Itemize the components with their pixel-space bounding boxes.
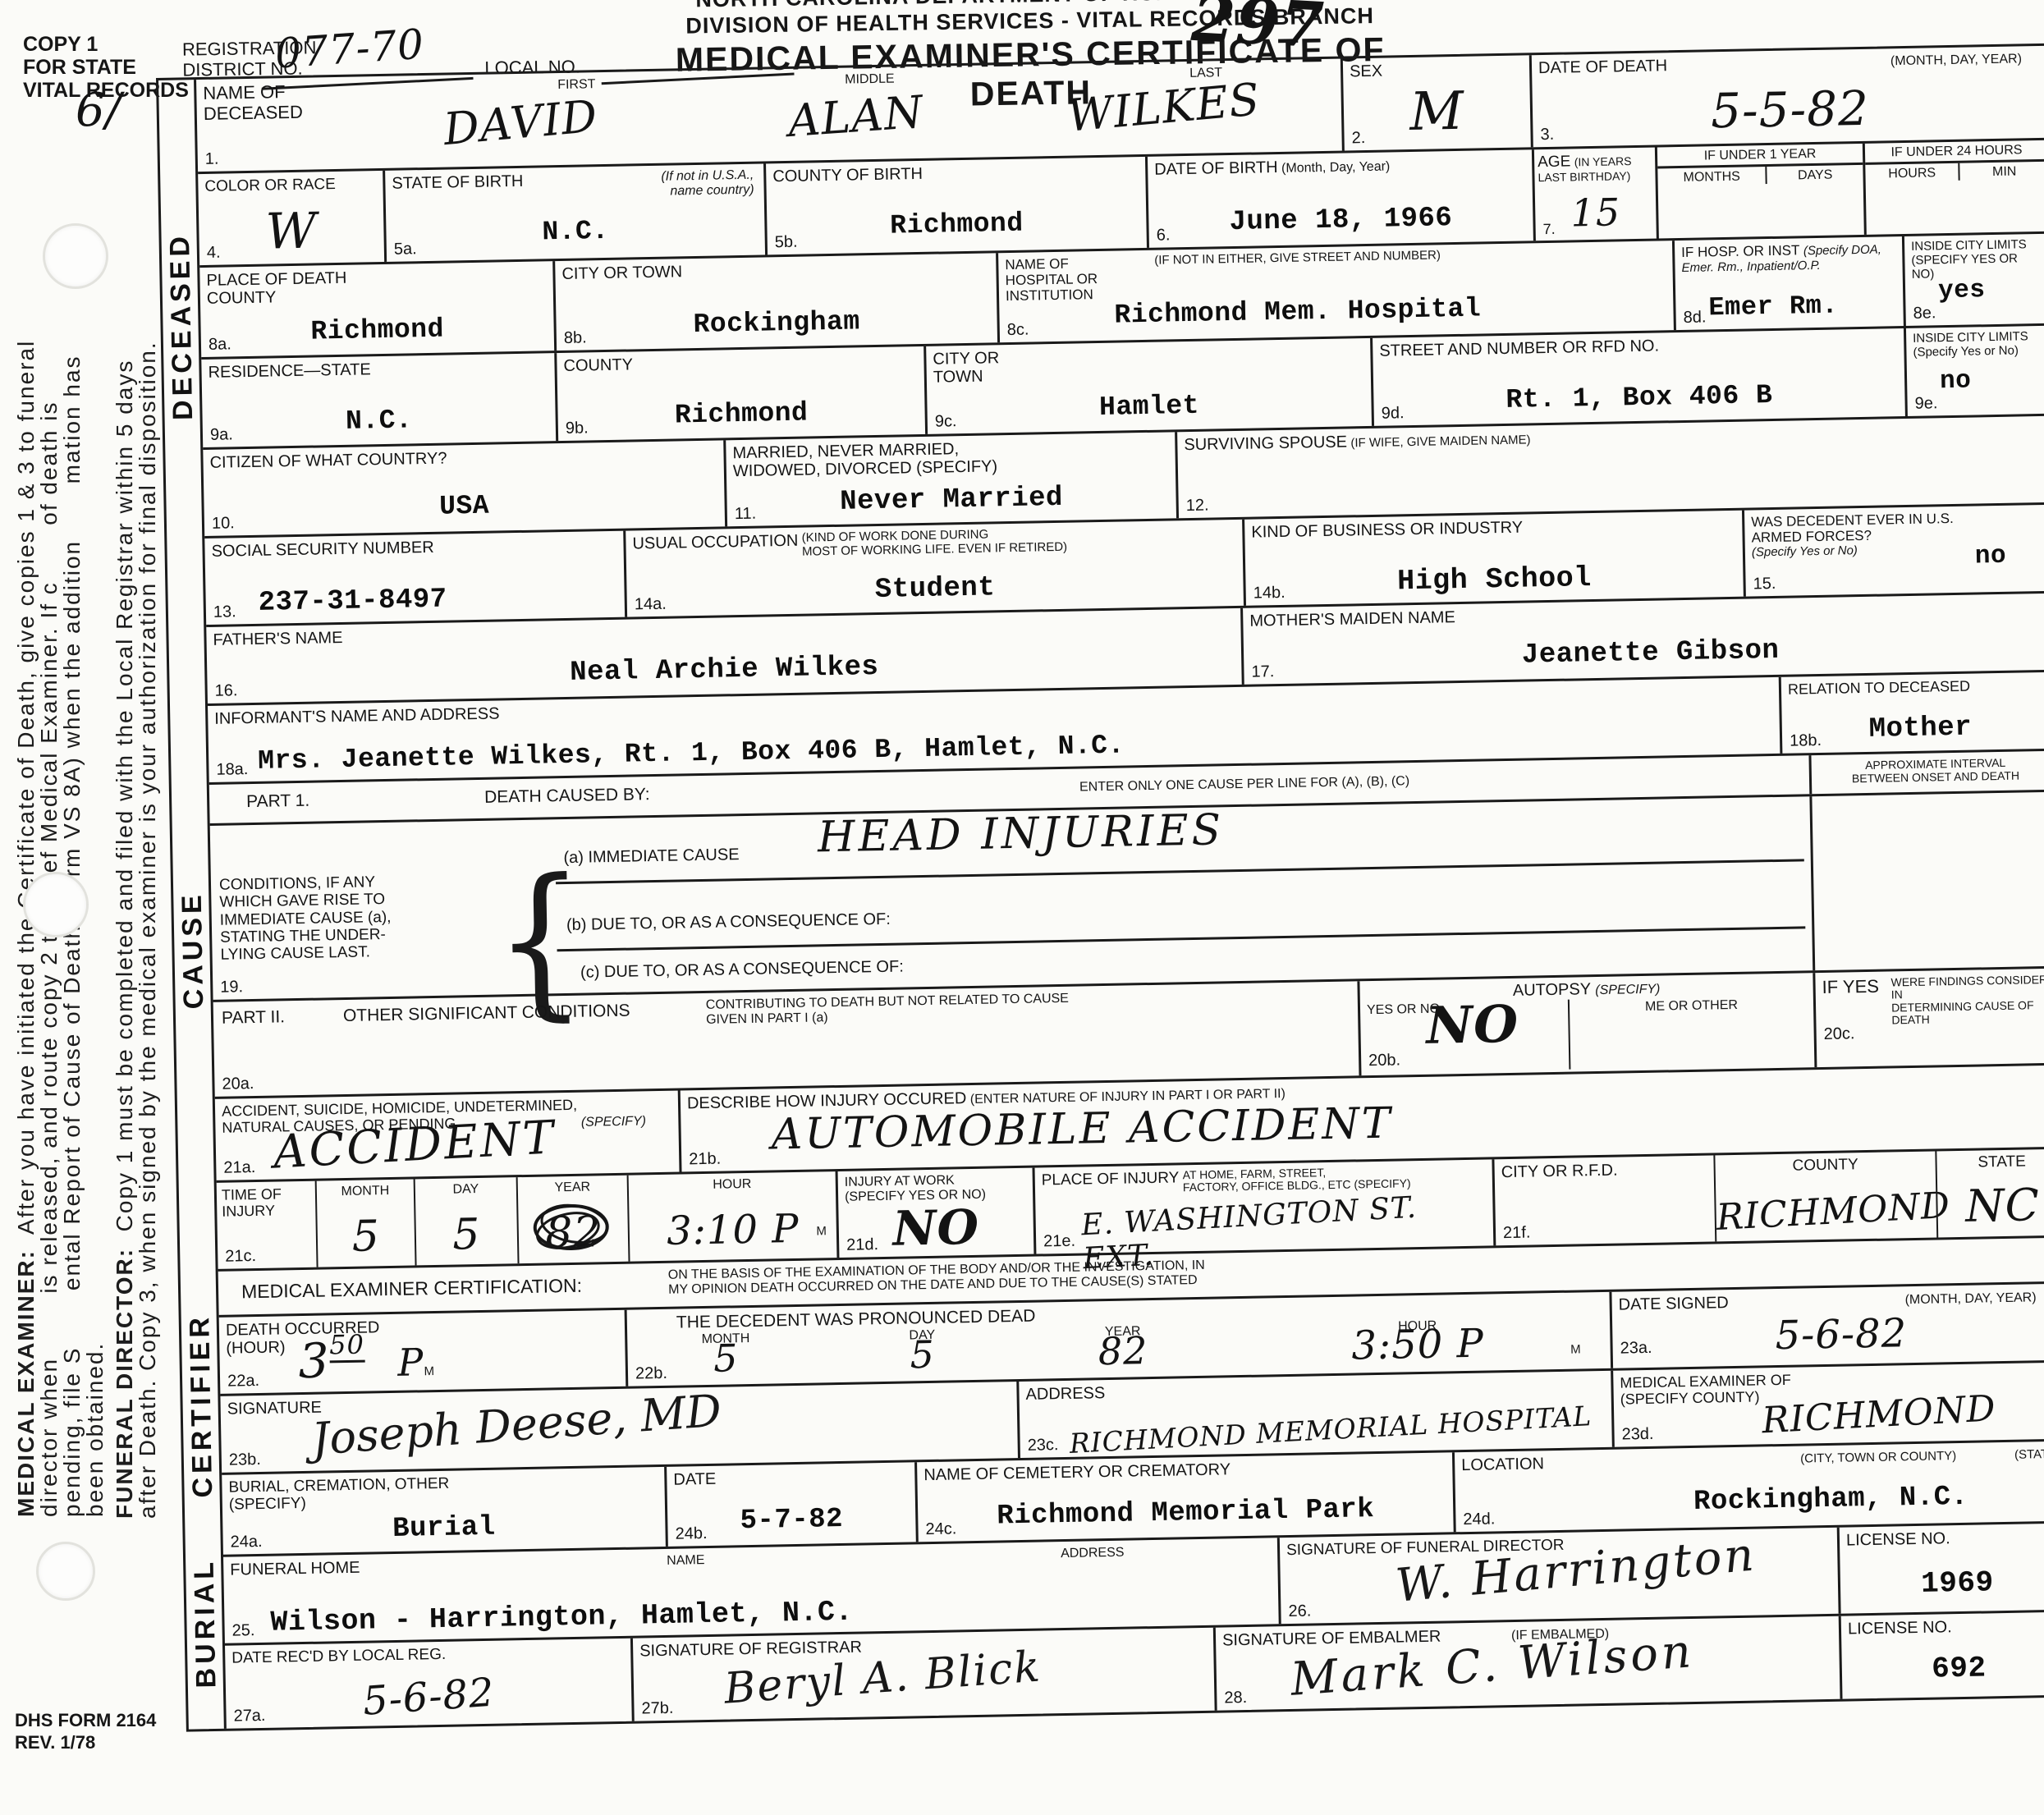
county-label: COUNTY: [1721, 1156, 1928, 1177]
field-number: 8d.: [1683, 308, 1706, 328]
group-label: IF UNDER 24 HOURS: [1865, 140, 2044, 165]
death-occurred-value: 350PM: [298, 1327, 434, 1389]
autopsy-yes-no: YES OR NO NO 20b.: [1360, 1000, 1570, 1074]
field-death-occurred-hour: DEATH OCCURRED (HOUR) 350PM 22a.: [219, 1310, 626, 1394]
field-state-of-birth: STATE OF BIRTH (If not in U.S.A., name c…: [383, 163, 765, 261]
occurred-m-label: M: [424, 1364, 434, 1378]
punch-hole: [43, 223, 108, 289]
field-ssn: SOCIAL SECURITY NUMBER 237-31-8497 13.: [204, 531, 625, 625]
interval-label: APPROXIMATE INTERVAL BETWEEN ONSET AND D…: [1818, 755, 2044, 786]
interval-column-body: [1809, 792, 2044, 971]
field-number: 5a.: [394, 240, 417, 259]
embalmer-license-value: 692: [1842, 1649, 2044, 1687]
field-citizen: CITIZEN OF WHAT COUNTRY? USA 10.: [203, 440, 725, 536]
pronounced-hour: HOUR 3:50 P M: [1225, 1316, 1611, 1375]
due-to-b-label: (b) DUE TO, OR AS A CONSEQUENCE OF:: [566, 910, 891, 935]
mother-maiden-name-value: Jeanette Gibson: [1244, 630, 2044, 676]
field-injury-state: STATE NC: [1935, 1149, 2044, 1238]
section-burial: BURIAL: [189, 1558, 223, 1689]
due-to-c-label: (c) DUE TO, OR AS A CONSEQUENCE OF:: [580, 957, 904, 982]
residence-county-value: Richmond: [557, 396, 925, 433]
field-marital-status: MARRIED, NEVER MARRIED, WIDOWED, DIVORCE…: [723, 432, 1176, 526]
field-sublabel: (Month, Day, Year): [1281, 159, 1391, 175]
field-number: 14a.: [635, 595, 667, 615]
field-residence-county: COUNTY Richmond 9b.: [554, 346, 925, 441]
field-label: NAME OF HOSPITAL OR INSTITUTION: [1005, 255, 1098, 304]
one-cause-note: ENTER ONLY ONE CAUSE PER LINE FOR (A), (…: [1079, 774, 1409, 795]
field-hospital: NAME OF HOSPITAL OR INSTITUTION (IF NOT …: [996, 241, 1674, 342]
field-label: STATE OF BIRTH: [392, 172, 523, 193]
cemetery-value: Richmond Memorial Park: [918, 1492, 1454, 1533]
injury-day: DAY 5: [414, 1177, 518, 1265]
field-number: 20c.: [1823, 1024, 1854, 1044]
field-label: DATE OF BIRTH: [1154, 158, 1278, 179]
residence-city-value: Hamlet: [927, 387, 1372, 426]
field-sublabel: (SPECIFY): [581, 1114, 646, 1129]
citizen-value: USA: [204, 486, 725, 526]
injury-month-value: 5: [317, 1211, 415, 1262]
immediate-cause-label: (a) IMMEDIATE CAUSE: [563, 846, 739, 867]
field-label: PLACE OF INJURY: [1042, 1169, 1180, 1189]
field-burial-date: DATE 5-7-82 24b.: [664, 1462, 916, 1547]
race-value: W: [199, 201, 384, 262]
residence-state-value: N.C.: [202, 402, 556, 439]
occurred-hour-main: 3: [298, 1332, 330, 1389]
field-number: 24d.: [1463, 1510, 1495, 1529]
field-number: 24c.: [925, 1519, 956, 1539]
year-label: YEAR: [525, 1180, 621, 1196]
date-received-value: 5-6-82: [225, 1660, 633, 1735]
field-number: 21d.: [846, 1235, 878, 1255]
certification-label: MEDICAL EXAMINER CERTIFICATION:: [241, 1275, 582, 1304]
pronounced-year-value: 82: [1020, 1327, 1226, 1375]
fd-instruction-title: FUNERAL DIRECTOR:: [112, 1248, 137, 1519]
medical-examiner-instructions: MEDICAL EXAMINER: After you have initiat…: [15, 85, 107, 1517]
burial-type-value: Burial: [222, 1509, 666, 1548]
field-label: LICENSE NO.: [1846, 1528, 2044, 1550]
field-embalmer-signature: SIGNATURE OF EMBALMER (IF EMBALMED) Mark…: [1213, 1616, 1840, 1711]
field-medical-examiner-of: MEDICAL EXAMINER OF (SPECIFY COUNTY) RIC…: [1611, 1363, 2044, 1447]
field-number: 14b.: [1253, 584, 1286, 603]
field-sublabel: (MONTH, DAY, YEAR): [1890, 52, 2022, 69]
injury-state-value: NC: [1937, 1179, 2044, 1233]
field-number: 1.: [205, 150, 219, 169]
field-number: 12.: [1186, 497, 1209, 516]
field-number: 6.: [1157, 226, 1171, 245]
field-label: STREET AND NUMBER OR RFD NO.: [1379, 332, 1897, 360]
field-number: 23d.: [1621, 1425, 1653, 1445]
field-funeral-director-signature: SIGNATURE OF FUNERAL DIRECTOR W. Harring…: [1277, 1528, 1839, 1624]
punch-hole: [23, 872, 89, 937]
field-label: ADDRESS: [1025, 1375, 1604, 1404]
inside-city-limits-residence-value: no: [1940, 365, 2044, 396]
field-number: 23b.: [229, 1451, 261, 1470]
field-armed-forces: WAS DECEDENT EVER IN U.S. ARMED FORCES? …: [1742, 505, 2044, 597]
immediate-cause-value: HEAD INJURIES: [818, 805, 1225, 862]
field-sex: SEX M 2.: [1341, 55, 1531, 150]
field-number: 27b.: [641, 1699, 673, 1719]
min-label: MIN: [1959, 162, 2044, 181]
death-caused-by-label: DEATH CAUSED BY:: [484, 785, 650, 808]
field-manner-of-death: ACCIDENT, SUICIDE, HOMICIDE, UNDETERMINE…: [215, 1091, 680, 1180]
field-number: 10.: [212, 514, 235, 534]
injury-hour-value: 3:10 P: [629, 1205, 836, 1255]
occurred-hour-sup: 50: [329, 1329, 364, 1364]
field-number: 9d.: [1382, 404, 1405, 424]
section-certifier: CERTIFIER: [184, 1313, 219, 1498]
pronounced-day: DAY 5: [823, 1327, 1021, 1382]
field-registrar-signature: SIGNATURE OF REGISTRAR Beryl A. Blick 27…: [630, 1628, 1215, 1721]
field-place-of-death-county: PLACE OF DEATH COUNTY Richmond 8a.: [199, 261, 554, 357]
industry-value: High School: [1245, 559, 1744, 601]
field-label: CITIZEN OF WHAT COUNTRY?: [209, 445, 717, 473]
field-number: 9c.: [935, 412, 957, 431]
field-number: 5b.: [775, 233, 798, 253]
form-number: DHS FORM 2164 REV. 1/78: [15, 1709, 156, 1753]
field-number: 9e.: [1914, 394, 1937, 414]
field-number: 23c.: [1028, 1436, 1059, 1455]
field-label: KIND OF BUSINESS OR INDUSTRY: [1251, 515, 1735, 542]
field-number: 15.: [1753, 575, 1776, 594]
months-label: MONTHS: [1657, 167, 1766, 186]
field-number: 2.: [1351, 129, 1365, 148]
field-label: CITY OR R.F.D.: [1501, 1160, 1707, 1182]
hour-m-label: M: [1570, 1342, 1581, 1356]
death-certificate-form: DECEASED CAUSE CERTIFIER BURIAL NAME OF …: [156, 44, 2044, 1732]
field-if-under-24-hours: IF UNDER 24 HOURS HOURS MIN: [1863, 140, 2044, 235]
year-scribble: [529, 1197, 612, 1258]
county-of-birth-value: Richmond: [767, 206, 1147, 243]
pod-city-value: Rockingham: [556, 304, 997, 342]
field-number: 20b.: [1368, 1051, 1400, 1070]
field-mother-maiden-name: MOTHER'S MAIDEN NAME Jeanette Gibson 17.: [1240, 594, 2044, 685]
interval-column-header: APPROXIMATE INTERVAL BETWEEN ONSET AND D…: [1808, 751, 2044, 795]
field-label: NAME OF CEMETERY OR CREMATORY: [923, 1456, 1446, 1484]
field-relation: RELATION TO DECEASED Mother 18b.: [1779, 672, 2044, 754]
field-number: 9b.: [566, 419, 589, 438]
field-sublabel: (If not in U.S.A., name country): [661, 168, 754, 199]
field-inside-city-limits-death: INSIDE CITY LIMITS (SPECIFY YES OR NO) y…: [1902, 234, 2044, 326]
injury-hour: HOUR 3:10 P M: [627, 1171, 837, 1262]
field-burial-location: LOCATION (CITY, TOWN OR COUNTY) (STATE) …: [1452, 1441, 2044, 1533]
field-usual-occupation: USUAL OCCUPATION (KIND OF WORK DONE DURI…: [623, 520, 1244, 617]
month-label: MONTH: [323, 1184, 407, 1199]
if-yes-sublabel: WERE FINDINGS CONSIDERED IN DETERMINING …: [1890, 974, 2044, 1027]
field-age: AGE (IN YEARS LAST BIRTHDAY) 15 7.: [1532, 148, 1657, 241]
field-label: RESIDENCE—STATE: [208, 357, 548, 382]
field-label: INSIDE CITY LIMITS (Specify Yes or No): [1913, 330, 2044, 360]
form-number-text: DHS FORM 2164 REV. 1/78: [15, 1710, 156, 1753]
how-injury-value: AUTOMOBILE ACCIDENT: [771, 1099, 1393, 1160]
field-pod-city-or-town: CITY OR TOWN Rockingham 8b.: [552, 253, 997, 351]
middle-label: MIDDLE: [845, 72, 895, 88]
field-industry: KIND OF BUSINESS OR INDUSTRY High School…: [1242, 511, 1744, 606]
field-license-embalmer: LICENSE NO. 692: [1839, 1611, 2044, 1698]
pronounced-day-value: 5: [824, 1331, 1021, 1378]
armed-forces-value: no: [1975, 542, 2007, 571]
field-label: SURVIVING SPOUSE: [1184, 433, 1347, 454]
autopsy-value: NO: [1426, 994, 1519, 1056]
field-street-number: STREET AND NUMBER OR RFD NO. Rt. 1, Box …: [1370, 328, 1905, 426]
field-label: USUAL OCCUPATION: [632, 532, 798, 553]
field-number: 19.: [220, 978, 243, 997]
field-number: 18b.: [1790, 731, 1822, 751]
field-number: 4.: [207, 244, 221, 263]
pronounced-year: YEAR 82: [1020, 1322, 1226, 1378]
me-or-other-label: ME OR OTHER: [1570, 995, 1813, 1015]
part1-label: PART 1.: [246, 791, 309, 812]
field-number: 21a.: [223, 1158, 255, 1178]
injury-month: MONTH 5: [315, 1179, 415, 1267]
field-number: 21f.: [1503, 1224, 1531, 1244]
date-of-birth-value: June 18, 1966: [1148, 201, 1533, 240]
field-number: 8e.: [1913, 304, 1936, 323]
field-label: CITY OR TOWN: [933, 342, 1364, 387]
field-number: 28.: [1224, 1689, 1247, 1708]
field-color-or-race: COLOR OR RACE W 4.: [198, 171, 384, 265]
field-number: 11.: [735, 505, 757, 524]
field-number: 13.: [213, 603, 236, 622]
ssn-value: 237-31-8497: [258, 584, 447, 619]
field-label: CITY OR TOWN: [561, 257, 989, 283]
field-number: 7.: [1542, 221, 1555, 238]
funeral-director-instructions: FUNERAL DIRECTOR: Copy 1 must be complet…: [113, 86, 159, 1519]
field-number: 16.: [214, 681, 237, 701]
burial-location-value: Rockingham, N.C.: [1693, 1482, 1968, 1518]
field-label: RELATION TO DECEASED: [1788, 676, 2044, 698]
fh-address-label: ADDRESS: [1061, 1546, 1125, 1561]
day-label: DAY: [422, 1181, 510, 1198]
field-date-of-death: DATE OF DEATH (MONTH, DAY, YEAR) 5-5-82 …: [1529, 46, 2044, 148]
autopsy-me-or-other: ME OR OTHER: [1568, 995, 1815, 1069]
field-license-fd: LICENSE NO. 1969: [1837, 1523, 2044, 1613]
field-label: SEX: [1350, 59, 1523, 80]
field-injury-county: COUNTY RICHMOND: [1713, 1152, 1936, 1242]
field-number: 23a.: [1620, 1339, 1652, 1359]
line-a-underline: [556, 859, 1804, 884]
funeral-home-value: Wilson - Harrington, Hamlet, N.C.: [270, 1596, 853, 1639]
field-label: COLOR OR RACE: [204, 175, 376, 195]
field-surviving-spouse: SURVIVING SPOUSE (IF WIFE, GIVE MAIDEN N…: [1175, 416, 2044, 519]
state-label: STATE: [1943, 1153, 2044, 1172]
field-number: 24a.: [230, 1533, 262, 1552]
fd-license-value: 1969: [1840, 1564, 2044, 1602]
sex-value: M: [1343, 80, 1530, 144]
field-city-or-rfd: CITY OR R.F.D. 21f.: [1492, 1155, 1715, 1245]
conditions-note: CONDITIONS, IF ANY WHICH GAVE RISE TO IM…: [219, 873, 392, 964]
field-if-yes-findings: IF YES WERE FINDINGS CONSIDERED IN DETER…: [1813, 969, 2044, 1068]
punch-hole: [36, 1542, 95, 1601]
field-date-signed: DATE SIGNED (MONTH, DAY, YEAR) 5-6-82 23…: [1609, 1284, 2044, 1368]
field-label: TIME OF INJURY: [222, 1185, 311, 1220]
form-content: NAME OF DECEASED FIRST MIDDLE LAST DAVID…: [196, 46, 2044, 1729]
field-label: SOCIAL SECURITY NUMBER: [211, 535, 616, 561]
occurred-ampm: P: [397, 1340, 424, 1385]
field-place-of-injury: PLACE OF INJURY AT HOME, FARM, STREET, F…: [1033, 1159, 1494, 1254]
occupation-value: Student: [626, 568, 1244, 611]
field-cemetery: NAME OF CEMETERY OR CREMATORY Richmond M…: [914, 1452, 1454, 1542]
field-number: 3.: [1540, 126, 1554, 144]
name-middle-value: ALAN: [786, 86, 925, 148]
field-number: 21b.: [689, 1150, 721, 1170]
row-cause-body: CONDITIONS, IF ANY WHICH GAVE RISE TO IM…: [210, 790, 2044, 1000]
cause-lines: CONDITIONS, IF ANY WHICH GAVE RISE TO IM…: [210, 796, 1813, 1000]
field-label: DATE OF DEATH: [1538, 57, 1667, 77]
injury-year: YEAR 82: [516, 1176, 629, 1263]
part2-label: PART II.: [222, 1007, 285, 1028]
field-residence-state: RESIDENCE—STATE N.C. 9a.: [201, 353, 556, 447]
injury-county-value: RICHMOND: [1715, 1185, 1936, 1239]
field-label: LICENSE NO.: [1848, 1616, 2044, 1639]
injury-day-value: 5: [415, 1209, 517, 1260]
field-label: DATE SIGNED: [1618, 1294, 1728, 1313]
field-number: 21c.: [225, 1247, 256, 1267]
autopsy-label: AUTOPSY: [1513, 980, 1591, 1000]
registration-district-value: 077-70: [273, 21, 425, 78]
field-label: DATE: [673, 1466, 908, 1489]
field-autopsy: AUTOPSY (SPECIFY) YES OR NO NO 20b. ME O…: [1357, 973, 1814, 1075]
field-certifier-signature: SIGNATURE Joseph Deese, MD 23b.: [220, 1382, 1018, 1473]
field-sublabel: (IF WIFE, GIVE MAIDEN NAME): [1350, 433, 1530, 450]
field-date-of-birth: DATE OF BIRTH (Month, Day, Year) June 18…: [1145, 149, 1533, 248]
hour-m-label: M: [816, 1224, 827, 1238]
field-if-under-1-year: IF UNDER 1 YEAR MONTHS DAYS: [1655, 144, 1864, 239]
field-number: 21e.: [1043, 1232, 1075, 1252]
marital-status-value: Never Married: [726, 480, 1176, 520]
field-number: 8b.: [564, 328, 587, 348]
pod-county-value: Richmond: [200, 312, 554, 349]
certificate-number: 297: [1189, 0, 1326, 62]
field-number: 20a.: [222, 1075, 254, 1094]
field-sublabel: AT HOME, FARM, STREET, FACTORY, OFFICE B…: [1183, 1165, 1411, 1194]
field-number: 8c.: [1007, 321, 1029, 340]
field-number: 26.: [1288, 1602, 1311, 1622]
section-cause: CAUSE: [176, 891, 211, 1010]
state-of-birth-value: N.C.: [386, 213, 765, 250]
field-date-received: DATE REC'D BY LOCAL REG. 5-6-82 27a.: [225, 1639, 632, 1729]
field-label: COUNTY OF BIRTH: [772, 161, 1139, 186]
field-label: PLACE OF DEATH COUNTY: [206, 265, 547, 308]
fh-name-label: NAME: [667, 1553, 705, 1568]
hour-label: HOUR: [635, 1176, 829, 1194]
other-conditions-sublabel: CONTRIBUTING TO DEATH BUT NOT RELATED TO…: [706, 992, 1070, 1027]
field-sublabel: (IF NOT IN EITHER, GIVE STREET AND NUMBE…: [1154, 249, 1441, 268]
field-label: COUNTY: [563, 351, 917, 375]
autopsy-specify: (SPECIFY): [1595, 983, 1660, 997]
me-instruction-title: MEDICAL EXAMINER:: [13, 1249, 39, 1517]
field-sublabel: (Specify Yes or No): [1752, 543, 1858, 559]
field-hospital-type: IF HOSP. OR INST (Specify DOA, Emer. Rm.…: [1672, 236, 1904, 330]
hospital-type-value: Emer Rm.: [1708, 289, 1904, 323]
field-burial-type: BURIAL, CREMATION, OTHER (SPECIFY) Buria…: [222, 1467, 666, 1555]
field-label: MARRIED, NEVER MARRIED, WIDOWED, DIVORCE…: [732, 436, 1169, 481]
field-number: 27a.: [233, 1707, 265, 1726]
certification-note: ON THE BASIS OF THE EXAMINATION OF THE B…: [668, 1258, 1206, 1297]
field-number: 22b.: [635, 1364, 667, 1384]
field-sublabel: (CITY, TOWN OR COUNTY) (STATE): [1800, 1448, 2044, 1466]
field-number: 9a.: [210, 425, 233, 445]
field-time-of-injury: TIME OF INJURY 21c.: [217, 1181, 317, 1269]
field-county-of-birth: COUNTY OF BIRTH Richmond 5b.: [763, 157, 1147, 255]
hospital-value: Richmond Mem. Hospital: [1114, 290, 1674, 330]
field-sublabel: (MONTH, DAY, YEAR): [1904, 1290, 2036, 1308]
field-certifier-address: ADDRESS RICHMOND MEMORIAL HOSPITAL 23c.: [1016, 1371, 1612, 1458]
field-number: 8a.: [209, 335, 231, 355]
street-number-value: Rt. 1, Box 406 B: [1373, 378, 1905, 418]
if-yes-label: IF YES: [1822, 976, 1879, 997]
field-injury-at-work: INJURY AT WORK (SPECIFY YES OR NO) NO 21…: [836, 1168, 1034, 1258]
field-number: 17.: [1251, 662, 1274, 682]
field-residence-city: CITY OR TOWN Hamlet 9c.: [923, 338, 1372, 434]
field-number: 24b.: [675, 1524, 707, 1544]
field-inside-city-limits-residence: INSIDE CITY LIMITS (Specify Yes or No) n…: [1904, 326, 2044, 416]
field-label: IF HOSP. OR INST: [1681, 242, 1800, 260]
field-label: AGE: [1538, 153, 1571, 171]
field-sublabel: (KIND OF WORK DONE DURING MOST OF WORKIN…: [802, 527, 1068, 559]
date-of-death-value: 5-5-82: [1532, 77, 2044, 142]
field-number: 22a.: [227, 1372, 259, 1391]
hours-label: HOURS: [1865, 163, 1959, 182]
pronounced-hour-value: 3:50 P: [1225, 1318, 1611, 1372]
field-label: BURIAL, CREMATION, OTHER (SPECIFY): [228, 1471, 658, 1514]
field-label: LOCATION: [1461, 1455, 1544, 1474]
section-deceased: DECEASED: [164, 232, 199, 421]
field-number: 18a.: [216, 760, 248, 780]
field-label: WAS DECEDENT EVER IN U.S. ARMED FORCES?: [1751, 509, 2044, 546]
days-label: DAYS: [1766, 165, 1863, 184]
field-number: 25.: [231, 1621, 254, 1641]
date-signed-value: 5-6-82: [1612, 1308, 2044, 1362]
other-conditions-label: OTHER SIGNIFICANT CONDITIONS: [343, 1001, 630, 1026]
inside-city-limits-death-value: yes: [1938, 275, 2044, 306]
